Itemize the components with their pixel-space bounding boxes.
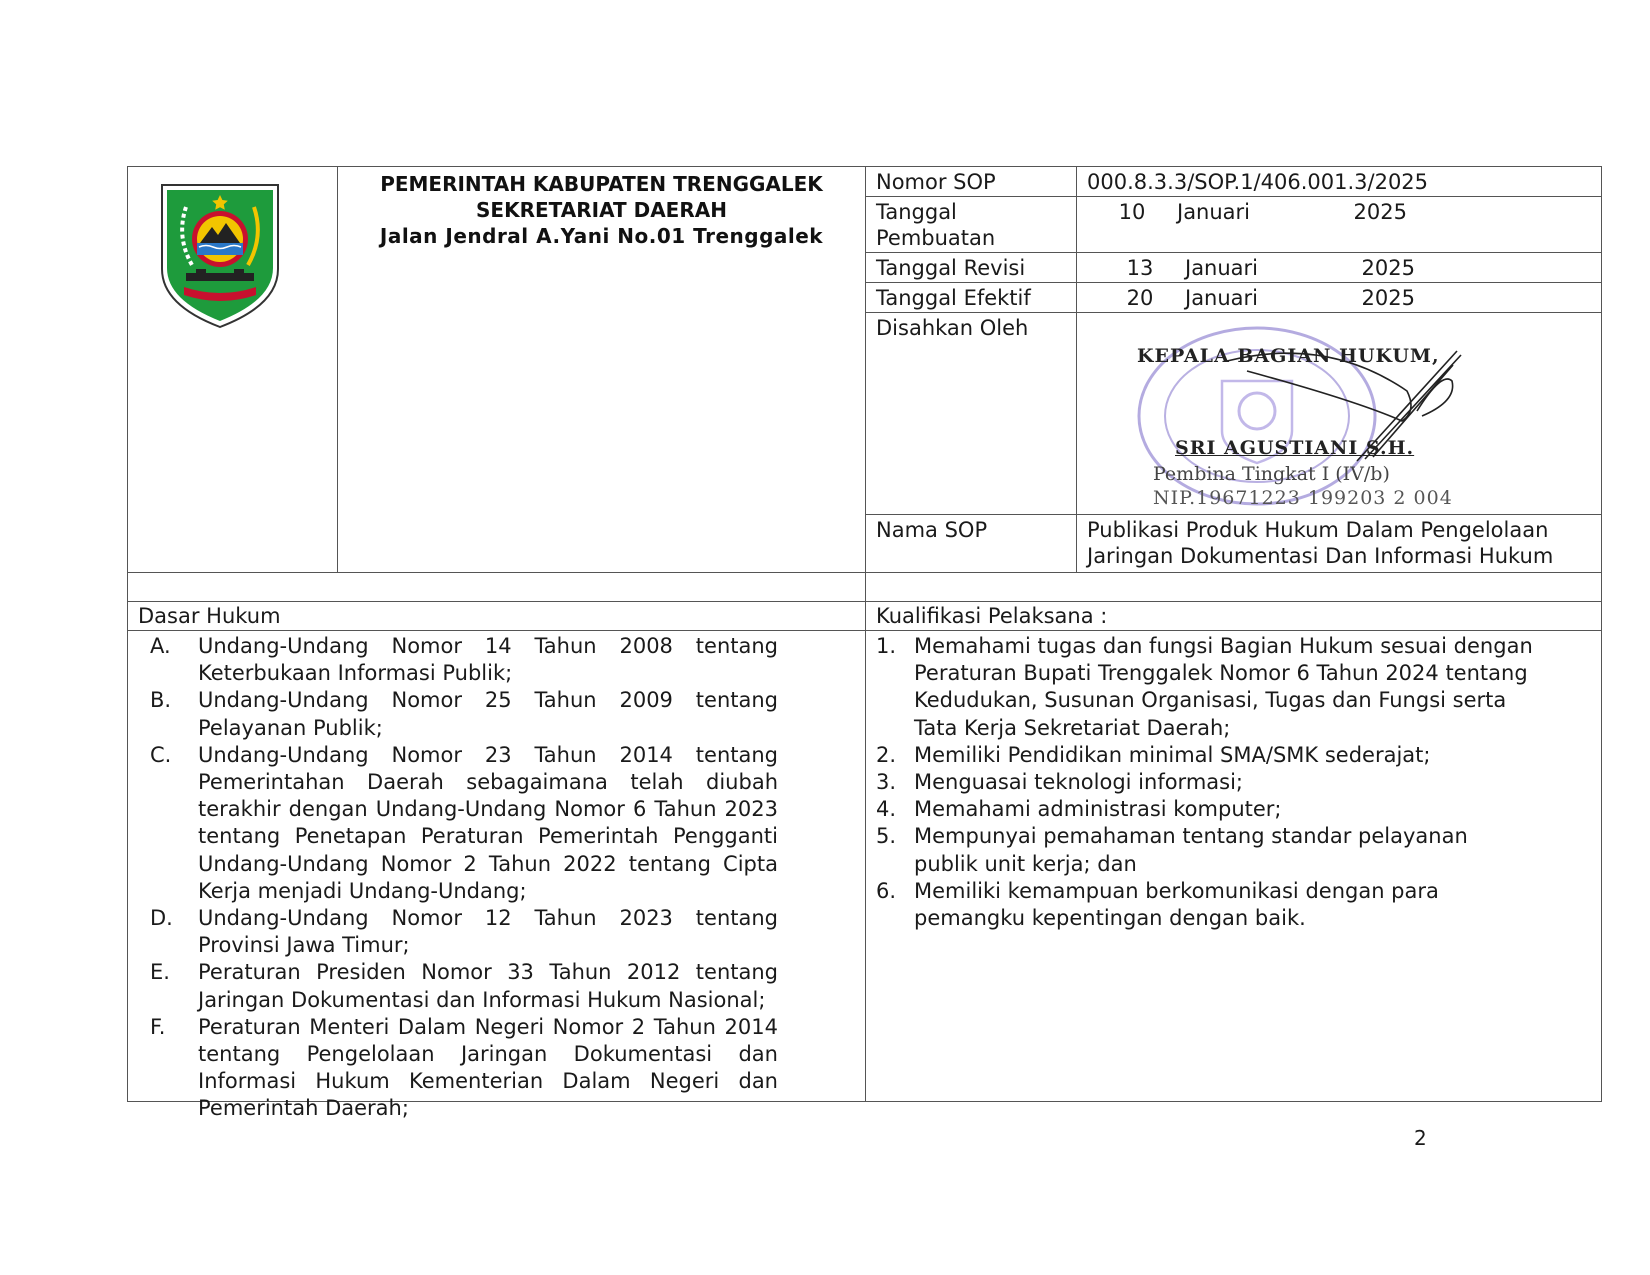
tanggal-pembuatan-value: 10 Januari 2025: [1077, 197, 1601, 225]
org-name-line1: PEMERINTAH KABUPATEN TRENGGALEK: [338, 171, 865, 197]
dasar-hukum-cell: A.Undang-Undang Nomor 14 Tahun 2008 tent…: [128, 631, 866, 1102]
approval-cell: KEPALA BAGIAN HUKUM, SRI AGUSTIANI S.H. …: [1077, 312, 1602, 514]
date-month: Januari: [1185, 285, 1315, 311]
list-item: 4.Memahami administrasi komputer;: [866, 796, 1601, 823]
sop-header-table: PEMERINTAH KABUPATEN TRENGGALEK SEKRETAR…: [127, 166, 1602, 1102]
org-header-cell: PEMERINTAH KABUPATEN TRENGGALEK SEKRETAR…: [338, 167, 866, 573]
list-item: 5.Mempunyai pemahaman tentang standar pe…: [866, 823, 1601, 877]
nama-sop-value: Publikasi Produk Hukum Dalam Pengelolaan…: [1077, 515, 1601, 571]
logo-cell: [128, 167, 338, 573]
dasar-hukum-heading: Dasar Hukum: [128, 602, 865, 630]
tanggal-revisi-value: 13 Januari 2025: [1077, 253, 1601, 281]
org-name-line2: SEKRETARIAT DAERAH: [338, 197, 865, 223]
date-year: 2025: [1315, 255, 1415, 281]
disahkan-label: Disahkan Oleh: [866, 313, 1076, 341]
nama-sop-label: Nama SOP: [866, 515, 1076, 543]
org-address: Jalan Jendral A.Yani No.01 Trenggalek: [338, 223, 865, 249]
list-item: 6.Memiliki kemampuan berkomunikasi denga…: [866, 878, 1601, 932]
list-item: E.Peraturan Presiden Nomor 33 Tahun 2012…: [128, 959, 865, 1013]
page-number: 2: [1414, 1126, 1427, 1150]
approver-nip: NIP.19671223 199203 2 004: [1153, 487, 1453, 509]
tanggal-efektif-value: 20 Januari 2025: [1077, 283, 1601, 311]
kualifikasi-list: 1.Memahami tugas dan fungsi Bagian Hukum…: [866, 631, 1601, 932]
spacer-cell: [128, 573, 866, 602]
date-month: Januari: [1177, 199, 1307, 225]
date-day: 10: [1087, 199, 1177, 225]
kualifikasi-heading: Kualifikasi Pelaksana :: [866, 602, 1601, 630]
approver-rank: Pembina Tingkat I (IV/b): [1153, 463, 1390, 485]
tanggal-revisi-label: Tanggal Revisi: [866, 253, 1076, 281]
list-item: F.Peraturan Menteri Dalam Negeri Nomor 2…: [128, 1014, 865, 1123]
spacer-cell: [866, 573, 1602, 602]
date-day: 13: [1087, 255, 1185, 281]
approver-name: SRI AGUSTIANI S.H.: [1175, 437, 1414, 459]
list-item: 1.Memahami tugas dan fungsi Bagian Hukum…: [866, 633, 1601, 742]
sop-document-page: PEMERINTAH KABUPATEN TRENGGALEK SEKRETAR…: [0, 0, 1650, 1275]
list-item: C.Undang-Undang Nomor 23 Tahun 2014 tent…: [128, 742, 865, 905]
dasar-hukum-list: A.Undang-Undang Nomor 14 Tahun 2008 tent…: [128, 631, 865, 1123]
nomor-sop-label: Nomor SOP: [866, 167, 1076, 195]
nomor-sop-value: 000.8.3.3/SOP.1/406.001.3/2025: [1077, 167, 1601, 195]
list-item: B.Undang-Undang Nomor 25 Tahun 2009 tent…: [128, 687, 865, 741]
tanggal-efektif-label: Tanggal Efektif: [866, 283, 1076, 311]
list-item: D.Undang-Undang Nomor 12 Tahun 2023 tent…: [128, 905, 865, 959]
tanggal-pembuatan-label: Tanggal Pembuatan: [866, 197, 1076, 251]
list-item: 3.Menguasai teknologi informasi;: [866, 769, 1601, 796]
date-year: 2025: [1315, 285, 1415, 311]
coat-of-arms-icon: [156, 177, 284, 329]
kualifikasi-cell: 1.Memahami tugas dan fungsi Bagian Hukum…: [866, 631, 1602, 1102]
list-item: 2.Memiliki Pendidikan minimal SMA/SMK se…: [866, 742, 1601, 769]
date-year: 2025: [1307, 199, 1407, 225]
date-month: Januari: [1185, 255, 1315, 281]
list-item: A.Undang-Undang Nomor 14 Tahun 2008 tent…: [128, 633, 865, 687]
date-day: 20: [1087, 285, 1185, 311]
